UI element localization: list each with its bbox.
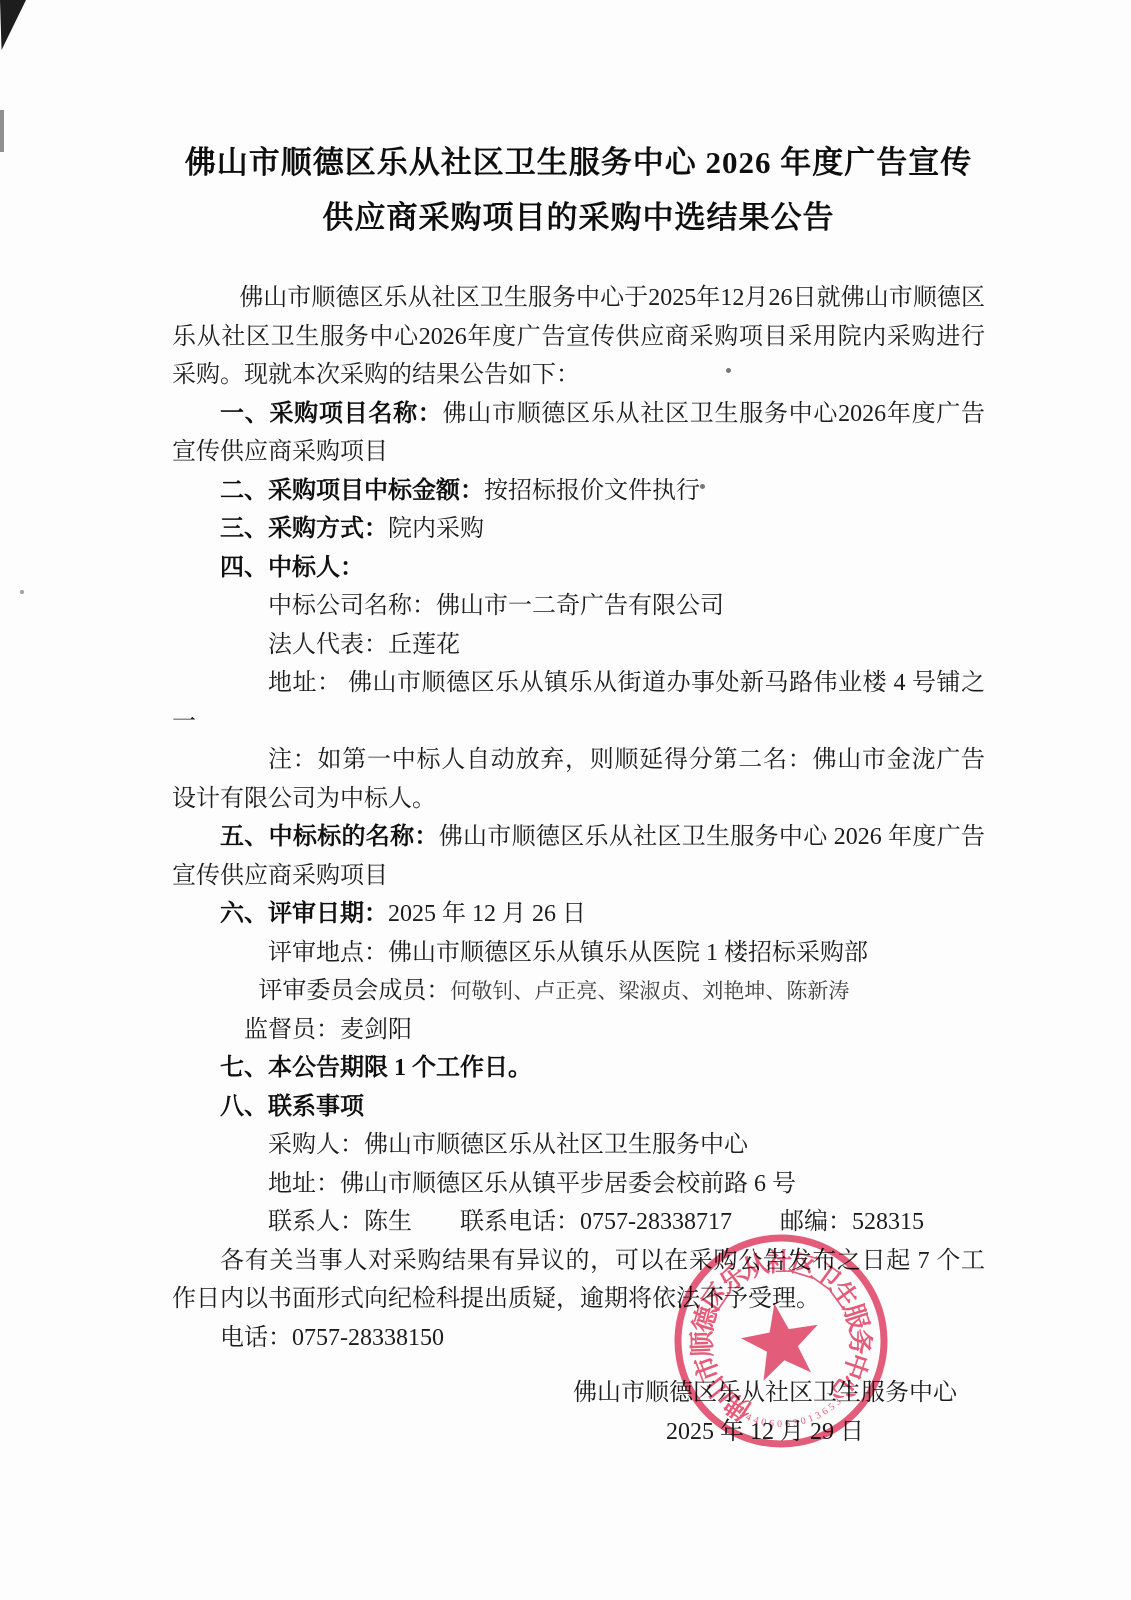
text-line: 监督员：麦剑阳 xyxy=(172,1011,985,1050)
text-line: 各有关当事人对采购结果有异议的，可以在采购公告发布之日起 7 个工作日内以书面形… xyxy=(172,1242,985,1319)
text-line: 五、中标标的名称：佛山市顺德区乐从社区卫生服务中心 2026 年度广告宣传供应商… xyxy=(172,818,985,895)
text-line: 三、采购方式：院内采购 xyxy=(172,510,985,549)
text-line: 四、中标人： xyxy=(172,549,985,588)
text-line: 佛山市顺德区乐从社区卫生服务中心于2025年12月26日就佛山市顺德区乐从社区卫… xyxy=(172,279,985,395)
signature-org: 佛山市顺德区乐从社区卫生服务中心 xyxy=(573,1374,957,1413)
text-line: 八、联系事项 xyxy=(172,1088,985,1127)
text-line: 中标公司名称：佛山市一二奇广告有限公司 xyxy=(172,587,985,626)
document-page: 佛山市顺德区乐从社区卫生服务中心 2026 年度广告宣传供应商采购项目的采购中选… xyxy=(0,0,1131,1600)
text-line: 注：如第一中标人自动放弃，则顺延得分第二名：佛山市金泷广告设计有限公司为中标人。 xyxy=(172,741,985,818)
signature-date: 2025 年 12 月 29 日 xyxy=(573,1413,957,1452)
page-title: 佛山市顺德区乐从社区卫生服务中心 2026 年度广告宣传供应商采购项目的采购中选… xyxy=(172,135,985,245)
text-line: 法人代表：丘莲花 xyxy=(172,626,985,665)
text-line: 电话：0757-28338150 xyxy=(172,1319,985,1358)
text-line: 地址： 佛山市顺德区乐从镇乐从街道办事处新马路伟业楼 4 号铺之一 xyxy=(172,664,985,741)
text-line: 联系人：陈生 联系电话：0757-28338717 邮编：528315 xyxy=(172,1203,985,1242)
text-line: 二、采购项目中标金额：按招标报价文件执行 xyxy=(172,472,985,511)
text-line: 一、采购项目名称：佛山市顺德区乐从社区卫生服务中心2026年度广告宣传供应商采购… xyxy=(172,395,985,472)
scan-artifact-edge xyxy=(0,110,4,152)
text-line: 评审地点：佛山市顺德区乐从镇乐从医院 1 楼招标采购部 xyxy=(172,934,985,973)
text-line: 七、本公告期限 1 个工作日。 xyxy=(172,1049,985,1088)
signature-inner: 佛山市顺德区乐从社区卫生服务中心 2025 年 12 月 29 日 xyxy=(573,1374,957,1451)
text-line: 地址：佛山市顺德区乐从镇平步居委会校前路 6 号 xyxy=(172,1165,985,1204)
scan-artifact-speck xyxy=(20,590,24,594)
text-line: 评审委员会成员：何敬钊、卢正亮、梁淑贞、刘艳坤、陈新涛 xyxy=(172,972,985,1011)
text-line: 六、评审日期：2025 年 12 月 26 日 xyxy=(172,895,985,934)
document-content: 佛山市顺德区乐从社区卫生服务中心 2026 年度广告宣传供应商采购项目的采购中选… xyxy=(172,135,985,1451)
document-body: 佛山市顺德区乐从社区卫生服务中心于2025年12月26日就佛山市顺德区乐从社区卫… xyxy=(172,279,985,1357)
signature-block: 佛山市顺德区乐从社区卫生服务中心 2025 年 12 月 29 日 xyxy=(172,1374,985,1451)
scan-artifact-corner xyxy=(0,0,26,50)
text-line: 采购人：佛山市顺德区乐从社区卫生服务中心 xyxy=(172,1126,985,1165)
